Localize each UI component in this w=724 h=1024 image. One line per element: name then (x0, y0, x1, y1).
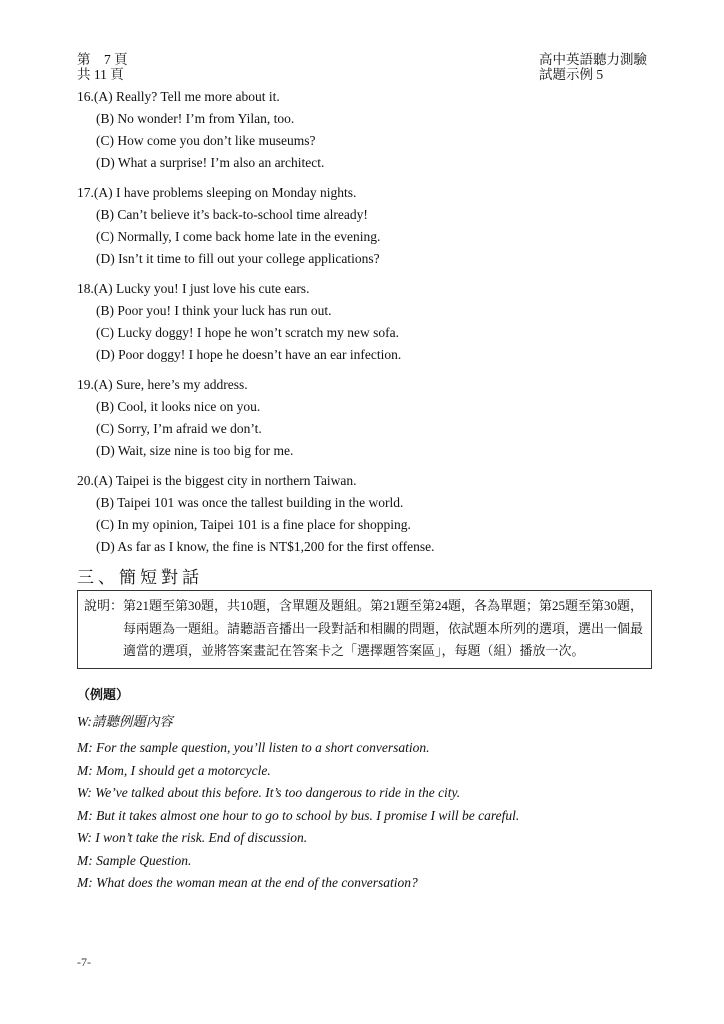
option-20c: (C) In my opinion, Taipei 101 is a fine … (77, 514, 657, 536)
question-16: 16.(A) Really? Tell me more about it. (B… (77, 86, 657, 174)
dialog-line: M: What does the woman mean at the end o… (77, 872, 657, 895)
option-19b: (B) Cool, it looks nice on you. (77, 396, 657, 418)
page-content: 16.(A) Really? Tell me more about it. (B… (77, 86, 657, 895)
dialog-line: W: We’ve talked about this before. It’s … (77, 782, 657, 805)
option-16a: 16.(A) Really? Tell me more about it. (77, 86, 657, 108)
option-19d: (D) Wait, size nine is too big for me. (77, 440, 657, 462)
option-16d: (D) What a surprise! I’m also an archite… (77, 152, 657, 174)
instructions-text: 第21題至第30題，共10題，含單題及題組。第21題至第24題，各為單題；第25… (123, 595, 645, 663)
page-header-right: 高中英語聽力測驗 試題示例 5 (539, 52, 647, 82)
question-19: 19.(A) Sure, here’s my address. (B) Cool… (77, 374, 657, 462)
dialog-line: M: But it takes almost one hour to go to… (77, 805, 657, 828)
option-17c: (C) Normally, I come back home late in t… (77, 226, 657, 248)
question-18: 18.(A) Lucky you! I just love his cute e… (77, 278, 657, 366)
exam-sample-label: 試題示例 5 (539, 67, 647, 82)
option-20d: (D) As far as I know, the fine is NT$1,2… (77, 536, 657, 558)
question-20: 20.(A) Taipei is the biggest city in nor… (77, 470, 657, 558)
option-17d: (D) Isn’t it time to fill out your colle… (77, 248, 657, 270)
option-20a: 20.(A) Taipei is the biggest city in nor… (77, 470, 657, 492)
option-18b: (B) Poor you! I think your luck has run … (77, 300, 657, 322)
page-number: -7- (77, 955, 91, 970)
instructions-box: 說明： 第21題至第30題，共10題，含單題及題組。第21題至第24題，各為單題… (77, 590, 652, 669)
dialog-line: W:請聽例題內容 (77, 711, 657, 734)
page-header-left: 第 7 頁 共 11 頁 (77, 52, 128, 82)
dialog-line: M: Sample Question. (77, 850, 657, 873)
option-18d: (D) Poor doggy! I hope he doesn’t have a… (77, 344, 657, 366)
option-17a: 17.(A) I have problems sleeping on Monda… (77, 182, 657, 204)
option-16c: (C) How come you don’t like museums? (77, 130, 657, 152)
exam-title: 高中英語聽力測驗 (539, 52, 647, 67)
section-title: 三、簡短對話 (77, 566, 657, 590)
example-dialog: W:請聽例題內容 M: For the sample question, you… (77, 711, 657, 895)
option-18a: 18.(A) Lucky you! I just love his cute e… (77, 278, 657, 300)
total-pages: 共 11 頁 (77, 67, 128, 82)
question-17: 17.(A) I have problems sleeping on Monda… (77, 182, 657, 270)
option-19a: 19.(A) Sure, here’s my address. (77, 374, 657, 396)
page-indicator: 第 7 頁 (77, 52, 128, 67)
option-20b: (B) Taipei 101 was once the tallest buil… (77, 492, 657, 514)
dialog-line: M: For the sample question, you’ll liste… (77, 737, 657, 760)
instructions-label: 說明： (84, 595, 123, 663)
dialog-line: M: Mom, I should get a motorcycle. (77, 760, 657, 783)
dialog-line: W: I won’t take the risk. End of discuss… (77, 827, 657, 850)
option-17b: (B) Can’t believe it’s back-to-school ti… (77, 204, 657, 226)
example-title: （例題） (77, 683, 657, 707)
option-16b: (B) No wonder! I’m from Yilan, too. (77, 108, 657, 130)
option-18c: (C) Lucky doggy! I hope he won’t scratch… (77, 322, 657, 344)
option-19c: (C) Sorry, I’m afraid we don’t. (77, 418, 657, 440)
